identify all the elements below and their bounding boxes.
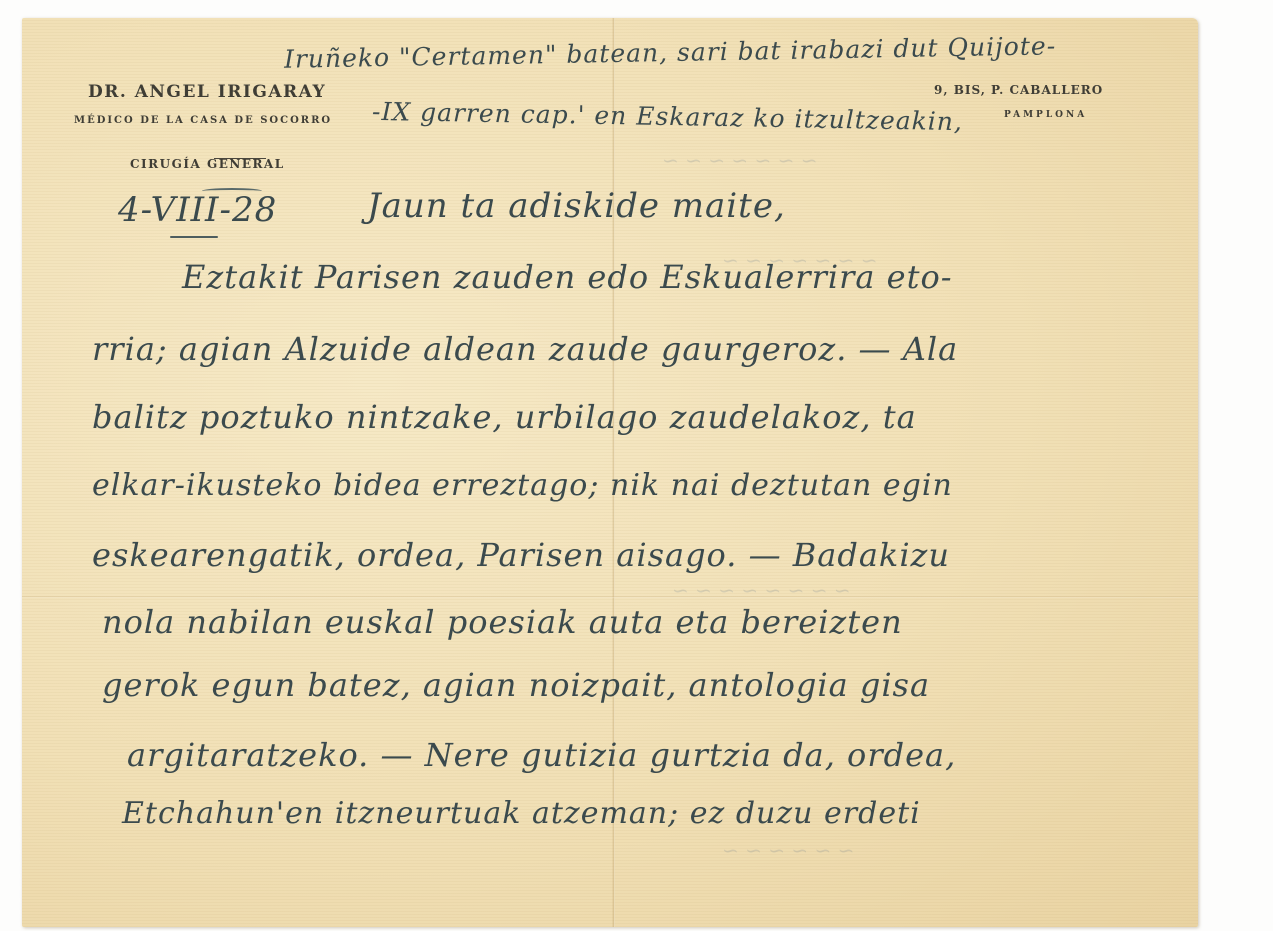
- body-line: balitz poztuko nintzake, urbilago zaudel…: [92, 398, 917, 436]
- letterhead-title: MÉDICO DE LA CASA DE SOCORRO: [74, 115, 332, 126]
- postscript-line-2: -IX garren cap.' en Eskaraz ko itzultzea…: [372, 97, 963, 136]
- letterhead-name: DR. ANGEL IRIGARAY: [88, 82, 326, 102]
- date-underline: [170, 236, 218, 238]
- body-line: eskearengatik, ordea, Parisen aisago. — …: [92, 536, 950, 574]
- bleed-through-text: ~ ~ ~ ~ ~ ~ ~ ~: [672, 578, 851, 602]
- letter-paper: ~ ~ ~ ~ ~ ~ ~ ~ ~ ~ ~ ~ ~ ~ ~ ~ ~ ~ ~ ~ …: [22, 18, 1198, 927]
- body-line: Etchahun'en itzneurtuak atzeman; ez duzu…: [122, 796, 921, 831]
- horizontal-fold: [22, 596, 1198, 598]
- perforated-edge: [17, 18, 27, 927]
- body-line: gerok egun batez, agian noizpait, antolo…: [102, 666, 930, 704]
- body-line: nola nabilan euskal poesiak auta eta ber…: [102, 603, 903, 641]
- bleed-through-text: ~ ~ ~ ~ ~ ~ ~: [662, 148, 817, 172]
- letterhead-city: PAMPLONA: [1004, 110, 1087, 120]
- bleed-through-text: ~ ~ ~ ~ ~ ~: [722, 838, 854, 862]
- letter-date: 4-VIII-28: [118, 190, 277, 230]
- letterhead-address: 9, BIS, P. CABALLERO: [934, 83, 1103, 97]
- body-line: argitaratzeko. — Nere gutizia gurtzia da…: [127, 736, 956, 774]
- body-line: elkar-ikusteko bidea erreztago; nik nai …: [92, 468, 953, 503]
- postscript-line-1: Iruñeko "Certamen" batean, sari bat irab…: [284, 31, 1057, 73]
- salutation: Jaun ta adiskide maite,: [367, 186, 786, 226]
- body-line: Eztakit Parisen zauden edo Eskualerrira …: [182, 258, 953, 296]
- letterhead-specialty: CIRUGÍA GENERAL: [130, 157, 285, 171]
- body-line: rria; agian Alzuide aldean zaude gaurger…: [92, 330, 958, 368]
